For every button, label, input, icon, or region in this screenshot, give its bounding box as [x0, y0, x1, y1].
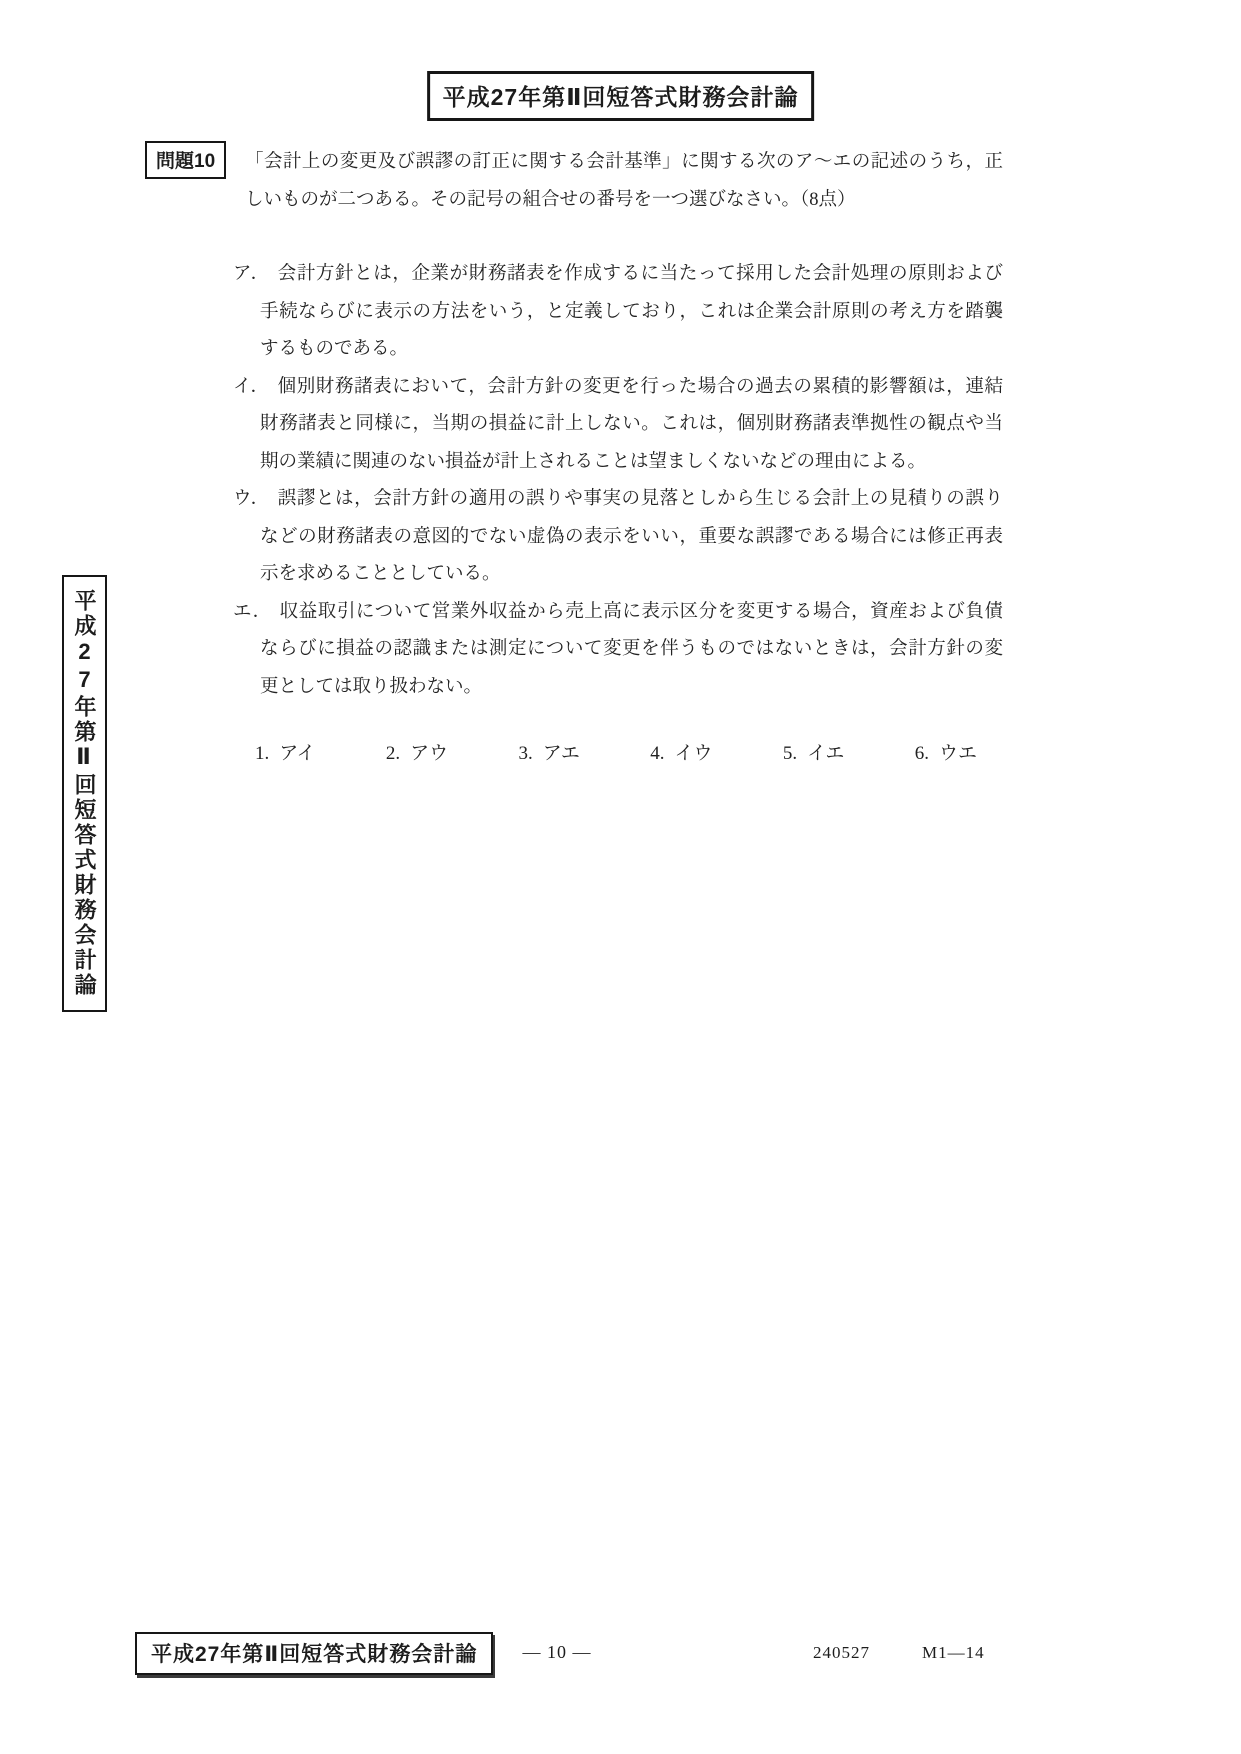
document-page: 平成27年第Ⅱ回短答式財務会計論 問題10 「会計上の変更及び誤謬の訂正に関する…	[0, 0, 1241, 1754]
footer-code-right: M1—14	[922, 1643, 985, 1663]
statement-line: 期の業績に関連のない損益が計上されることは望ましくないなどの理由による。	[233, 444, 1003, 482]
exam-title-box: 平成27年第Ⅱ回短答式財務会計論	[427, 71, 815, 121]
statement-text: 誤謬とは，会計方針の適用の誤りや事実の見落としから生じる会計上の見積りの誤り	[278, 489, 1003, 509]
choice-2: 2.アウ	[386, 735, 448, 773]
intro-line: 「会計上の変更及び誤謬の訂正に関する会計基準」に関する次のア～エの記述のうち，正	[245, 144, 1003, 182]
choice-pair: イエ	[807, 743, 844, 764]
statement-marker: イ．	[233, 377, 278, 397]
statement-line: 示を求めることとしている。	[233, 556, 1003, 594]
answer-choices: 1.アイ 2.アウ 3.アエ 4.イウ 5.イエ 6.ウエ	[255, 735, 977, 773]
statement-line: ア．会計方針とは，企業が財務諸表を作成するに当たって採用した会計処理の原則および	[233, 256, 1003, 294]
choice-number: 4.	[650, 743, 674, 764]
statement-line: などの財務諸表の意図的でない虚偽の表示をいい，重要な誤謬である場合には修正再表	[233, 519, 1003, 557]
statement-i: イ．個別財務諸表において，会計方針の変更を行った場合の過去の累積的影響額は，連結…	[233, 369, 1003, 482]
statement-line: ウ．誤謬とは，会計方針の適用の誤りや事実の見落としから生じる会計上の見積りの誤り	[233, 481, 1003, 519]
choice-5: 5.イエ	[783, 735, 845, 773]
choice-pair: アウ	[410, 743, 448, 764]
question-intro: 「会計上の変更及び誤謬の訂正に関する会計基準」に関する次のア～エの記述のうち，正…	[233, 144, 1003, 219]
statement-line: 更としては取り扱わない。	[233, 669, 1003, 707]
choice-6: 6.ウエ	[915, 735, 977, 773]
footer-title-box: 平成27年第Ⅱ回短答式財務会計論	[135, 1632, 493, 1675]
statement-line: するものである。	[233, 331, 1003, 369]
statement-line: エ．収益取引について営業外収益から売上高に表示区分を変更する場合，資産および負債	[233, 594, 1003, 632]
footer-title: 平成27年第Ⅱ回短答式財務会計論	[151, 1643, 477, 1666]
sidebar-vertical-title: 平成27年第Ⅱ回短答式財務会計論	[69, 589, 100, 998]
sidebar-title-box: 平成27年第Ⅱ回短答式財務会計論	[62, 575, 107, 1012]
exam-title: 平成27年第Ⅱ回短答式財務会計論	[443, 84, 799, 110]
choice-number: 1.	[255, 743, 279, 764]
choice-number: 6.	[915, 743, 939, 764]
choice-number: 5.	[783, 743, 807, 764]
page-number: — 10 —	[497, 1642, 617, 1663]
choice-number: 2.	[386, 743, 410, 764]
question-number-label: 問題10	[156, 151, 215, 172]
statement-text: 会計方針とは，企業が財務諸表を作成するに当たって採用した会計処理の原則および	[278, 264, 1003, 284]
choice-3: 3.アエ	[519, 735, 580, 773]
choice-pair: アエ	[543, 743, 580, 764]
statement-marker: ウ．	[233, 489, 278, 509]
statement-u: ウ．誤謬とは，会計方針の適用の誤りや事実の見落としから生じる会計上の見積りの誤り…	[233, 481, 1003, 594]
choice-1: 1.アイ	[255, 735, 316, 773]
choice-pair: アイ	[279, 743, 315, 764]
intro-line: しいものが二つある。その記号の組合せの番号を一つ選びなさい。（8点）	[245, 182, 1003, 220]
choice-pair: イウ	[674, 743, 712, 764]
question-body: 「会計上の変更及び誤謬の訂正に関する会計基準」に関する次のア～エの記述のうち，正…	[233, 144, 1003, 773]
choice-number: 3.	[519, 743, 543, 764]
statement-line: 財務諸表と同様に，当期の損益に計上しない。これは，個別財務諸表準拠性の観点や当	[233, 406, 1003, 444]
statement-e: エ．収益取引について営業外収益から売上高に表示区分を変更する場合，資産および負債…	[233, 594, 1003, 707]
choice-4: 4.イウ	[650, 735, 712, 773]
footer-code-left: 240527	[813, 1643, 870, 1663]
statement-line: 手続ならびに表示の方法をいう，と定義しており，これは企業会計原則の考え方を踏襲	[233, 294, 1003, 332]
statement-list: ア．会計方針とは，企業が財務諸表を作成するに当たって採用した会計処理の原則および…	[233, 256, 1003, 706]
statement-text: 収益取引について営業外収益から売上高に表示区分を変更する場合，資産および負債	[280, 602, 1003, 622]
statement-line: ならびに損益の認識または測定について変更を伴うものではないときは，会計方針の変	[233, 631, 1003, 669]
statement-marker: ア．	[233, 264, 278, 284]
choice-pair: ウエ	[939, 743, 977, 764]
statement-text: 個別財務諸表において，会計方針の変更を行った場合の過去の累積的影響額は，連結	[278, 377, 1003, 397]
statement-line: イ．個別財務諸表において，会計方針の変更を行った場合の過去の累積的影響額は，連結	[233, 369, 1003, 407]
statement-a: ア．会計方針とは，企業が財務諸表を作成するに当たって採用した会計処理の原則および…	[233, 256, 1003, 369]
statement-marker: エ．	[233, 602, 280, 622]
question-number-badge: 問題10	[145, 141, 226, 179]
